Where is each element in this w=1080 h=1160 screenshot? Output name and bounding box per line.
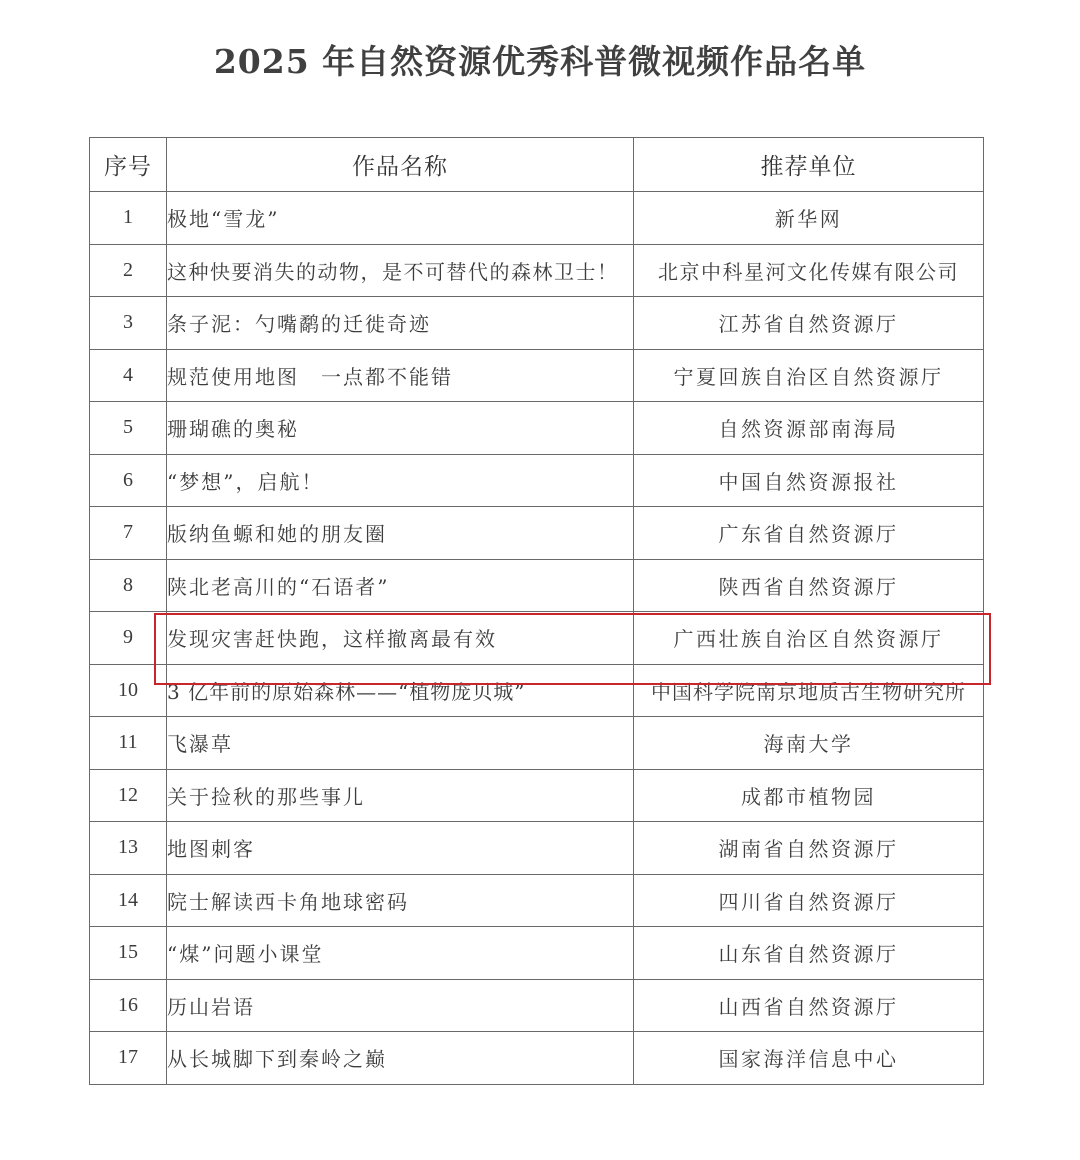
table-row: 4 规范使用地图 一点都不能错 宁夏回族自治区自然资源厅: [90, 349, 984, 402]
table-row: 2 这种快要消失的动物，是不可替代的森林卫士！ 北京中科星河文化传媒有限公司: [90, 244, 984, 297]
table-row: 8 陕北老高川的“石语者” 陕西省自然资源厅: [90, 559, 984, 612]
serial-number: 17: [90, 1032, 167, 1085]
work-title: 这种快要消失的动物，是不可替代的森林卫士！: [167, 244, 634, 297]
table-row: 16 历山岩语 山西省自然资源厅: [90, 979, 984, 1032]
recommending-unit: 北京中科星河文化传媒有限公司: [634, 244, 984, 297]
serial-number: 12: [90, 769, 167, 822]
work-title: 院士解读西卡角地球密码: [167, 874, 634, 927]
work-title: 3 亿年前的原始森林——“植物庞贝城”: [167, 664, 634, 717]
work-title: 地图刺客: [167, 822, 634, 875]
serial-number: 3: [90, 297, 167, 350]
table-row: 14 院士解读西卡角地球密码 四川省自然资源厅: [90, 874, 984, 927]
recommending-unit: 湖南省自然资源厅: [634, 822, 984, 875]
table-row: 10 3 亿年前的原始森林——“植物庞贝城” 中国科学院南京地质古生物研究所: [90, 664, 984, 717]
recommending-unit: 江苏省自然资源厅: [634, 297, 984, 350]
serial-number: 8: [90, 559, 167, 612]
serial-number: 5: [90, 402, 167, 455]
recommending-unit: 国家海洋信息中心: [634, 1032, 984, 1085]
table-row: 17 从长城脚下到秦岭之巅 国家海洋信息中心: [90, 1032, 984, 1085]
serial-number: 10: [90, 664, 167, 717]
work-title: 珊瑚礁的奥秘: [167, 402, 634, 455]
table-row-highlighted: 9 发现灾害赶快跑，这样撤离最有效 广西壮族自治区自然资源厅: [90, 612, 984, 665]
recommending-unit: 山东省自然资源厅: [634, 927, 984, 980]
page-title: 2025 年自然资源优秀科普微视频作品名单: [0, 36, 1080, 88]
recommending-unit: 中国自然资源报社: [634, 454, 984, 507]
serial-number: 4: [90, 349, 167, 402]
serial-number: 13: [90, 822, 167, 875]
recommending-unit: 中国科学院南京地质古生物研究所: [634, 664, 984, 717]
serial-number: 6: [90, 454, 167, 507]
recommending-unit: 新华网: [634, 192, 984, 245]
recommending-unit: 广东省自然资源厅: [634, 507, 984, 560]
recommending-unit: 四川省自然资源厅: [634, 874, 984, 927]
header-work-title: 作品名称: [167, 138, 634, 192]
work-title: 从长城脚下到秦岭之巅: [167, 1032, 634, 1085]
table-row: 6 “梦想”，启航！ 中国自然资源报社: [90, 454, 984, 507]
table-row: 5 珊瑚礁的奥秘 自然资源部南海局: [90, 402, 984, 455]
table-row: 1 极地“雪龙” 新华网: [90, 192, 984, 245]
recommending-unit: 广西壮族自治区自然资源厅: [634, 612, 984, 665]
table-row: 11 飞瀑草 海南大学: [90, 717, 984, 770]
serial-number: 2: [90, 244, 167, 297]
table-row: 3 条子泥：勺嘴鹬的迁徙奇迹 江苏省自然资源厅: [90, 297, 984, 350]
table-row: 15 “煤”问题小课堂 山东省自然资源厅: [90, 927, 984, 980]
recommending-unit: 海南大学: [634, 717, 984, 770]
serial-number: 11: [90, 717, 167, 770]
table-row: 12 关于捡秋的那些事儿 成都市植物园: [90, 769, 984, 822]
work-title: “煤”问题小课堂: [167, 927, 634, 980]
works-table: 序号 作品名称 推荐单位 1 极地“雪龙” 新华网 2 这种快要消失的动物，是不…: [89, 137, 984, 1085]
serial-number: 16: [90, 979, 167, 1032]
serial-number: 15: [90, 927, 167, 980]
work-title: 关于捡秋的那些事儿: [167, 769, 634, 822]
header-serial-number: 序号: [90, 138, 167, 192]
table-header-row: 序号 作品名称 推荐单位: [90, 138, 984, 192]
work-title: 极地“雪龙”: [167, 192, 634, 245]
work-title: 发现灾害赶快跑，这样撤离最有效: [167, 612, 634, 665]
header-recommending-unit: 推荐单位: [634, 138, 984, 192]
work-title: 飞瀑草: [167, 717, 634, 770]
works-table-container: 序号 作品名称 推荐单位 1 极地“雪龙” 新华网 2 这种快要消失的动物，是不…: [89, 137, 983, 1085]
work-title: 陕北老高川的“石语者”: [167, 559, 634, 612]
recommending-unit: 宁夏回族自治区自然资源厅: [634, 349, 984, 402]
work-title: 规范使用地图 一点都不能错: [167, 349, 634, 402]
table-row: 7 版纳鱼螈和她的朋友圈 广东省自然资源厅: [90, 507, 984, 560]
recommending-unit: 自然资源部南海局: [634, 402, 984, 455]
work-title: 条子泥：勺嘴鹬的迁徙奇迹: [167, 297, 634, 350]
work-title: 历山岩语: [167, 979, 634, 1032]
recommending-unit: 成都市植物园: [634, 769, 984, 822]
serial-number: 1: [90, 192, 167, 245]
recommending-unit: 山西省自然资源厅: [634, 979, 984, 1032]
serial-number: 14: [90, 874, 167, 927]
table-row: 13 地图刺客 湖南省自然资源厅: [90, 822, 984, 875]
work-title: 版纳鱼螈和她的朋友圈: [167, 507, 634, 560]
work-title: “梦想”，启航！: [167, 454, 634, 507]
serial-number: 7: [90, 507, 167, 560]
serial-number: 9: [90, 612, 167, 665]
recommending-unit: 陕西省自然资源厅: [634, 559, 984, 612]
